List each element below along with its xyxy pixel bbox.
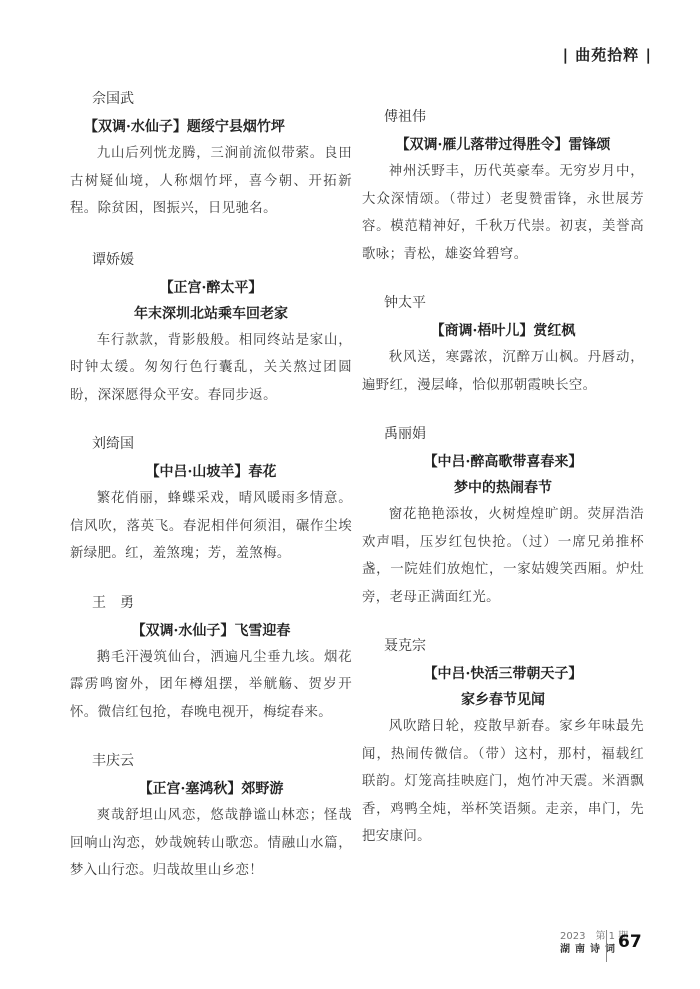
poem-body: 神州沃野丰，历代英豪奉。无穷岁月中，大众深情颂。（带过）老叟赞雷锋，永世展芳容。… (362, 158, 644, 268)
poem-title: 【商调·梧叶儿】赏红枫 (362, 318, 644, 344)
poem: 谭娇媛 【正宫·醉太平】 年末深圳北站乘车回老家 车行款款，背影般般。相同终站是… (70, 247, 352, 410)
poem-author: 聂克宗 (362, 633, 644, 659)
poem-author: 禹丽娟 (362, 421, 644, 447)
poem-author: 刘绮国 (70, 431, 352, 457)
poem: 禹丽娟 【中吕·醉高歌带喜春来】 梦中的热闹春节 窗花艳艳添妆，火树煌煌旷朗。荧… (362, 421, 644, 611)
poem: 傅祖伟 【双调·雁儿落带过得胜令】雷锋颂 神州沃野丰，历代英豪奉。无穷岁月中，大… (362, 104, 644, 268)
poem-subtitle: 梦中的热闹春节 (362, 475, 644, 501)
poem-author: 丰庆云 (70, 748, 352, 774)
poem-subtitle: 年末深圳北站乘车回老家 (70, 301, 352, 327)
poem-title: 【双调·雁儿落带过得胜令】雷锋颂 (362, 132, 644, 158)
poem-body: 鹅毛汗漫筑仙台，洒遍凡尘垂九垓。烟花霹雳鸣窗外，团年樽俎摆，举觥觞、贺岁开怀。微… (70, 644, 352, 727)
poem-body: 风吹踏日轮，疫散早新春。家乡年味最先闻，热闹传微信。（带）这村，那村，福载红联韵… (362, 713, 644, 851)
poem-author: 傅祖伟 (362, 104, 644, 130)
poem-author: 王 勇 (70, 590, 352, 616)
right-column: 傅祖伟 【双调·雁儿落带过得胜令】雷锋颂 神州沃野丰，历代英豪奉。无穷岁月中，大… (362, 104, 644, 851)
poem-body: 爽哉舒坦山风恋，悠哉静谧山林恋；怪哉回响山沟恋，妙哉婉转山歌恋。情融山水篇，梦入… (70, 802, 352, 885)
poem-body: 秋风送，寒露浓，沉醉万山枫。丹唇动，遍野红，漫层峰，恰似那朝霞映长空。 (362, 344, 644, 399)
poem: 聂克宗 【中吕·快活三带朝天子】 家乡春节见闻 风吹踏日轮，疫散早新春。家乡年味… (362, 633, 644, 851)
footer-divider (606, 930, 607, 962)
poem-title: 【正宫·塞鸿秋】郊野游 (70, 776, 352, 802)
page-number: 67 (618, 932, 642, 952)
poem-title: 【正宫·醉太平】 (70, 275, 352, 301)
poem-title: 【双调·水仙子】飞雪迎春 (70, 618, 352, 644)
page-footer: 2023 第 1 期 湖南诗词 67 (560, 930, 628, 957)
poem-subtitle: 家乡春节见闻 (362, 687, 644, 713)
poem-title: 【中吕·山坡羊】春花 (70, 459, 352, 485)
left-column: 佘国武 【双调·水仙子】题绥宁县烟竹坪 九山后列恍龙腾，三涧前流似带萦。良田古树… (70, 86, 352, 885)
poem-body: 九山后列恍龙腾，三涧前流似带萦。良田古树疑仙境，人称烟竹坪，喜今朝、开拓新程。除… (70, 140, 352, 223)
poem-title: 【中吕·醉高歌带喜春来】 (362, 449, 644, 475)
poem-body: 窗花艳艳添妆，火树煌煌旷朗。荧屏浩浩欢声唱，压岁红包快抢。（过）一席兄弟推杯盏，… (362, 501, 644, 611)
poem: 王 勇 【双调·水仙子】飞雪迎春 鹅毛汗漫筑仙台，洒遍凡尘垂九垓。烟花霹雳鸣窗外… (70, 590, 352, 727)
poem-body: 车行款款，背影般般。相同终站是家山，时钟太缓。匆匆行色行囊乱，关关熬过团圆盼，深… (70, 327, 352, 410)
poem: 钟太平 【商调·梧叶儿】赏红枫 秋风送，寒露浓，沉醉万山枫。丹唇动，遍野红，漫层… (362, 290, 644, 399)
poem-author: 钟太平 (362, 290, 644, 316)
poem-author: 谭娇媛 (70, 247, 352, 273)
poem-title: 【双调·水仙子】题绥宁县烟竹坪 (70, 114, 352, 140)
poem-body: 繁花俏丽，蜂蝶采戏，晴风暖雨多情意。信风吹，落英飞。春泥相伴何须泪，碾作尘埃新绿… (70, 485, 352, 568)
poem: 刘绮国 【中吕·山坡羊】春花 繁花俏丽，蜂蝶采戏，晴风暖雨多情意。信风吹，落英飞… (70, 431, 352, 568)
poem: 丰庆云 【正宫·塞鸿秋】郊野游 爽哉舒坦山风恋，悠哉静谧山林恋；怪哉回响山沟恋，… (70, 748, 352, 885)
poem: 佘国武 【双调·水仙子】题绥宁县烟竹坪 九山后列恍龙腾，三涧前流似带萦。良田古树… (70, 86, 352, 223)
section-header: | 曲苑拾粹 | (563, 44, 652, 65)
poem-title: 【中吕·快活三带朝天子】 (362, 661, 644, 687)
poem-author: 佘国武 (70, 86, 352, 112)
